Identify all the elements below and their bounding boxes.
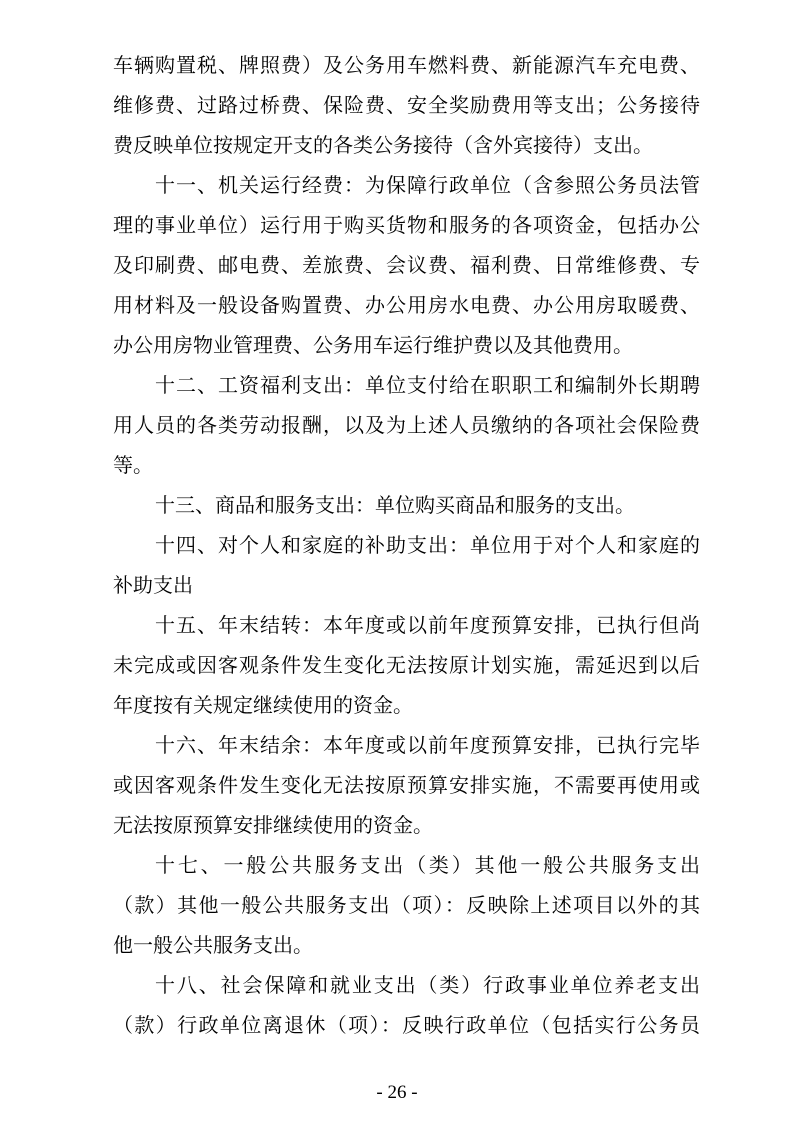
text-block: 车辆购置税、牌照费）及公务用车燃料费、新能源汽车充电费、维修费、过路过桥费、保险… (113, 46, 700, 1046)
text-line: 未完成或因客观条件发生变化无法按原计划实施，需延迟到以后 (113, 646, 700, 686)
text-line: 十四、对个人和家庭的补助支出：单位用于对个人和家庭的 (113, 526, 700, 566)
text-line: 无法按原预算安排继续使用的资金。 (113, 806, 700, 846)
text-line: 用人员的各类劳动报酬，以及为上述人员缴纳的各项社会保险费 (113, 406, 700, 446)
text-line: 十六、年末结余：本年度或以前年度预算安排，已执行完毕 (113, 726, 700, 766)
text-line: 他一般公共服务支出。 (113, 926, 700, 966)
text-line: 维修费、过路过桥费、保险费、安全奖励费用等支出；公务接待 (113, 86, 700, 126)
page-number: - 26 - (0, 1078, 794, 1108)
text-line: （款）行政单位离退休（项）：反映行政单位（包括实行公务员 (113, 1006, 700, 1046)
text-line: 办公用房物业管理费、公务用车运行维护费以及其他费用。 (113, 326, 700, 366)
text-line: 理的事业单位）运行用于购买货物和服务的各项资金，包括办公 (113, 206, 700, 246)
text-line: 或因客观条件发生变化无法按原预算安排实施，不需要再使用或 (113, 766, 700, 806)
text-line: 十五、年末结转：本年度或以前年度预算安排，已执行但尚 (113, 606, 700, 646)
text-line: 补助支出 (113, 566, 700, 606)
document-page: 车辆购置税、牌照费）及公务用车燃料费、新能源汽车充电费、维修费、过路过桥费、保险… (0, 0, 794, 1123)
text-line: 及印刷费、邮电费、差旅费、会议费、福利费、日常维修费、专 (113, 246, 700, 286)
text-line: 十八、社会保障和就业支出（类）行政事业单位养老支出 (113, 966, 700, 1006)
text-line: 十二、工资福利支出：单位支付给在职职工和编制外长期聘 (113, 366, 700, 406)
text-line: 十一、机关运行经费：为保障行政单位（含参照公务员法管 (113, 166, 700, 206)
text-line: 十三、商品和服务支出：单位购买商品和服务的支出。 (113, 486, 700, 526)
text-line: 车辆购置税、牌照费）及公务用车燃料费、新能源汽车充电费、 (113, 46, 700, 86)
text-line: 十七、一般公共服务支出（类）其他一般公共服务支出 (113, 846, 700, 886)
text-line: 等。 (113, 446, 700, 486)
text-line: 费反映单位按规定开支的各类公务接待（含外宾接待）支出。 (113, 126, 700, 166)
text-line: 年度按有关规定继续使用的资金。 (113, 686, 700, 726)
text-line: （款）其他一般公共服务支出（项）：反映除上述项目以外的其 (113, 886, 700, 926)
text-line: 用材料及一般设备购置费、办公用房水电费、办公用房取暖费、 (113, 286, 700, 326)
